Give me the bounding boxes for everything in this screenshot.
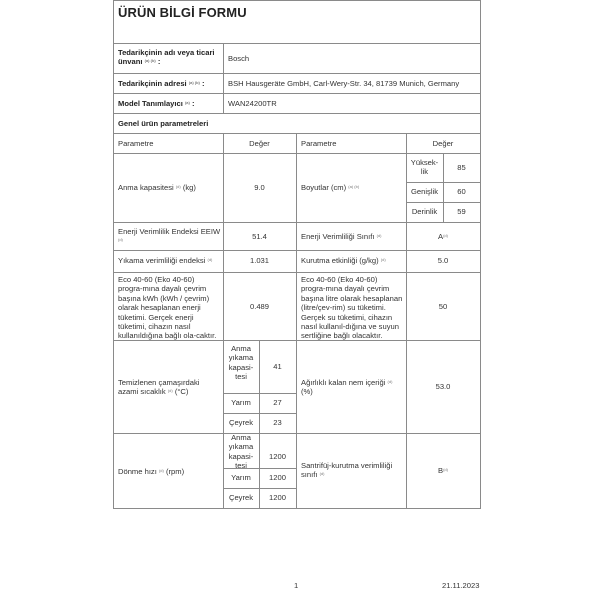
spin-speed-label: Dönme hızı (d) (rpm) [118, 467, 184, 476]
capacity-value: 9.0 [223, 183, 296, 192]
divider [113, 433, 481, 434]
header-parameter-left: Parametre [118, 139, 153, 148]
dimension-height-label: Yüksek-lik [408, 158, 441, 177]
spin-rated-value: 1200 [259, 452, 296, 461]
spin-quarter-value: 1200 [259, 493, 296, 502]
page-number: 1 [294, 581, 298, 590]
divider [113, 153, 481, 154]
divider [113, 133, 481, 134]
spin-class-value: B(d) [406, 466, 480, 475]
max-temp-half-value: 27 [259, 398, 296, 407]
divider [113, 250, 481, 251]
max-temp-rated-value: 41 [259, 362, 296, 371]
divider [113, 113, 481, 114]
moisture-label: Ağırlıklı kalan nem içeriği (d) (%) [301, 378, 401, 397]
eeiw-label: Enerji Verimlilik Endeksi EEIW (d) [118, 227, 222, 246]
max-temperature-label: Temizlenen çamaşırdaki azami sıcaklık (d… [118, 378, 218, 397]
model-identifier-label: Model Tanımlayıcı (a) : [118, 99, 195, 108]
spin-half-label: Yarım [223, 473, 259, 482]
spin-rated-label: Anma yıkama kapasi-tesi [225, 433, 257, 471]
divider [113, 93, 481, 94]
moisture-value: 53.0 [406, 382, 480, 391]
wash-index-value: 1.031 [223, 256, 296, 265]
energy-consumption-label: Eco 40-60 (Eko 40-60) progra-mına dayalı… [118, 275, 220, 341]
divider [113, 73, 481, 74]
energy-class-label: Enerji Verimliliği Sınıfı (d) [301, 232, 381, 241]
supplier-name-value: Bosch [228, 54, 249, 63]
eeiw-value: 51.4 [223, 232, 296, 241]
dimension-width-label: Genişlik [406, 187, 443, 196]
dimension-width-value: 60 [443, 187, 480, 196]
table-border-bottom [113, 508, 481, 509]
capacity-label: Anma kapasitesi (d) (kg) [118, 183, 196, 192]
max-temp-rated-label: Anma yıkama kapasi-tesi [225, 344, 257, 382]
energy-class-value: A(d) [406, 232, 480, 241]
table-border-left [113, 0, 114, 508]
header-value-left: Değer [223, 139, 296, 148]
water-consumption-label: Eco 40-60 (Eko 40-60) progra-mına dayalı… [301, 275, 403, 341]
spin-class-label: Santrifüj-kurutma verimliliği sınıfı (d) [301, 461, 401, 480]
supplier-address-value: BSH Hausgeräte GmbH, Carl-Wery-Str. 34, … [228, 79, 459, 88]
document-title: ÜRÜN BİLGİ FORMU [118, 5, 247, 20]
dimension-depth-value: 59 [443, 207, 480, 216]
water-consumption-value: 50 [406, 302, 480, 311]
spin-quarter-label: Çeyrek [223, 493, 259, 502]
document-date: 21.11.2023 [442, 581, 479, 590]
divider [223, 43, 224, 113]
max-temp-quarter-label: Çeyrek [223, 418, 259, 427]
model-identifier-value: WAN24200TR [228, 99, 277, 108]
wash-index-label: Yıkama verimliliği endeksi (d) [118, 256, 212, 265]
drying-value: 5.0 [406, 256, 480, 265]
dimension-height-value: 85 [443, 163, 480, 172]
divider [113, 43, 481, 44]
section-title: Genel ürün parametreleri [118, 119, 208, 128]
header-parameter-right: Parametre [301, 139, 336, 148]
max-temp-quarter-value: 23 [259, 418, 296, 427]
max-temp-half-label: Yarım [223, 398, 259, 407]
header-value-right: Değer [406, 139, 480, 148]
dimension-depth-label: Derinlik [406, 207, 443, 216]
spin-half-value: 1200 [259, 473, 296, 482]
energy-consumption-value: 0.489 [223, 302, 296, 311]
supplier-name-label: Tedarikçinin adı veya ticari ünvanı (a) … [118, 48, 220, 67]
divider [113, 272, 481, 273]
divider [296, 133, 297, 508]
table-border-right [480, 0, 481, 508]
divider [113, 0, 481, 1]
product-info-sheet: ÜRÜN BİLGİ FORMU Tedarikçinin adı veya t… [0, 0, 592, 592]
dimensions-label: Boyutlar (cm) (a) (b) [301, 183, 359, 192]
drying-label: Kurutma etkinliği (g/kg) (d) [301, 256, 386, 265]
divider [113, 222, 481, 223]
supplier-address-label: Tedarikçinin adresi (a) (b) : [118, 79, 205, 88]
